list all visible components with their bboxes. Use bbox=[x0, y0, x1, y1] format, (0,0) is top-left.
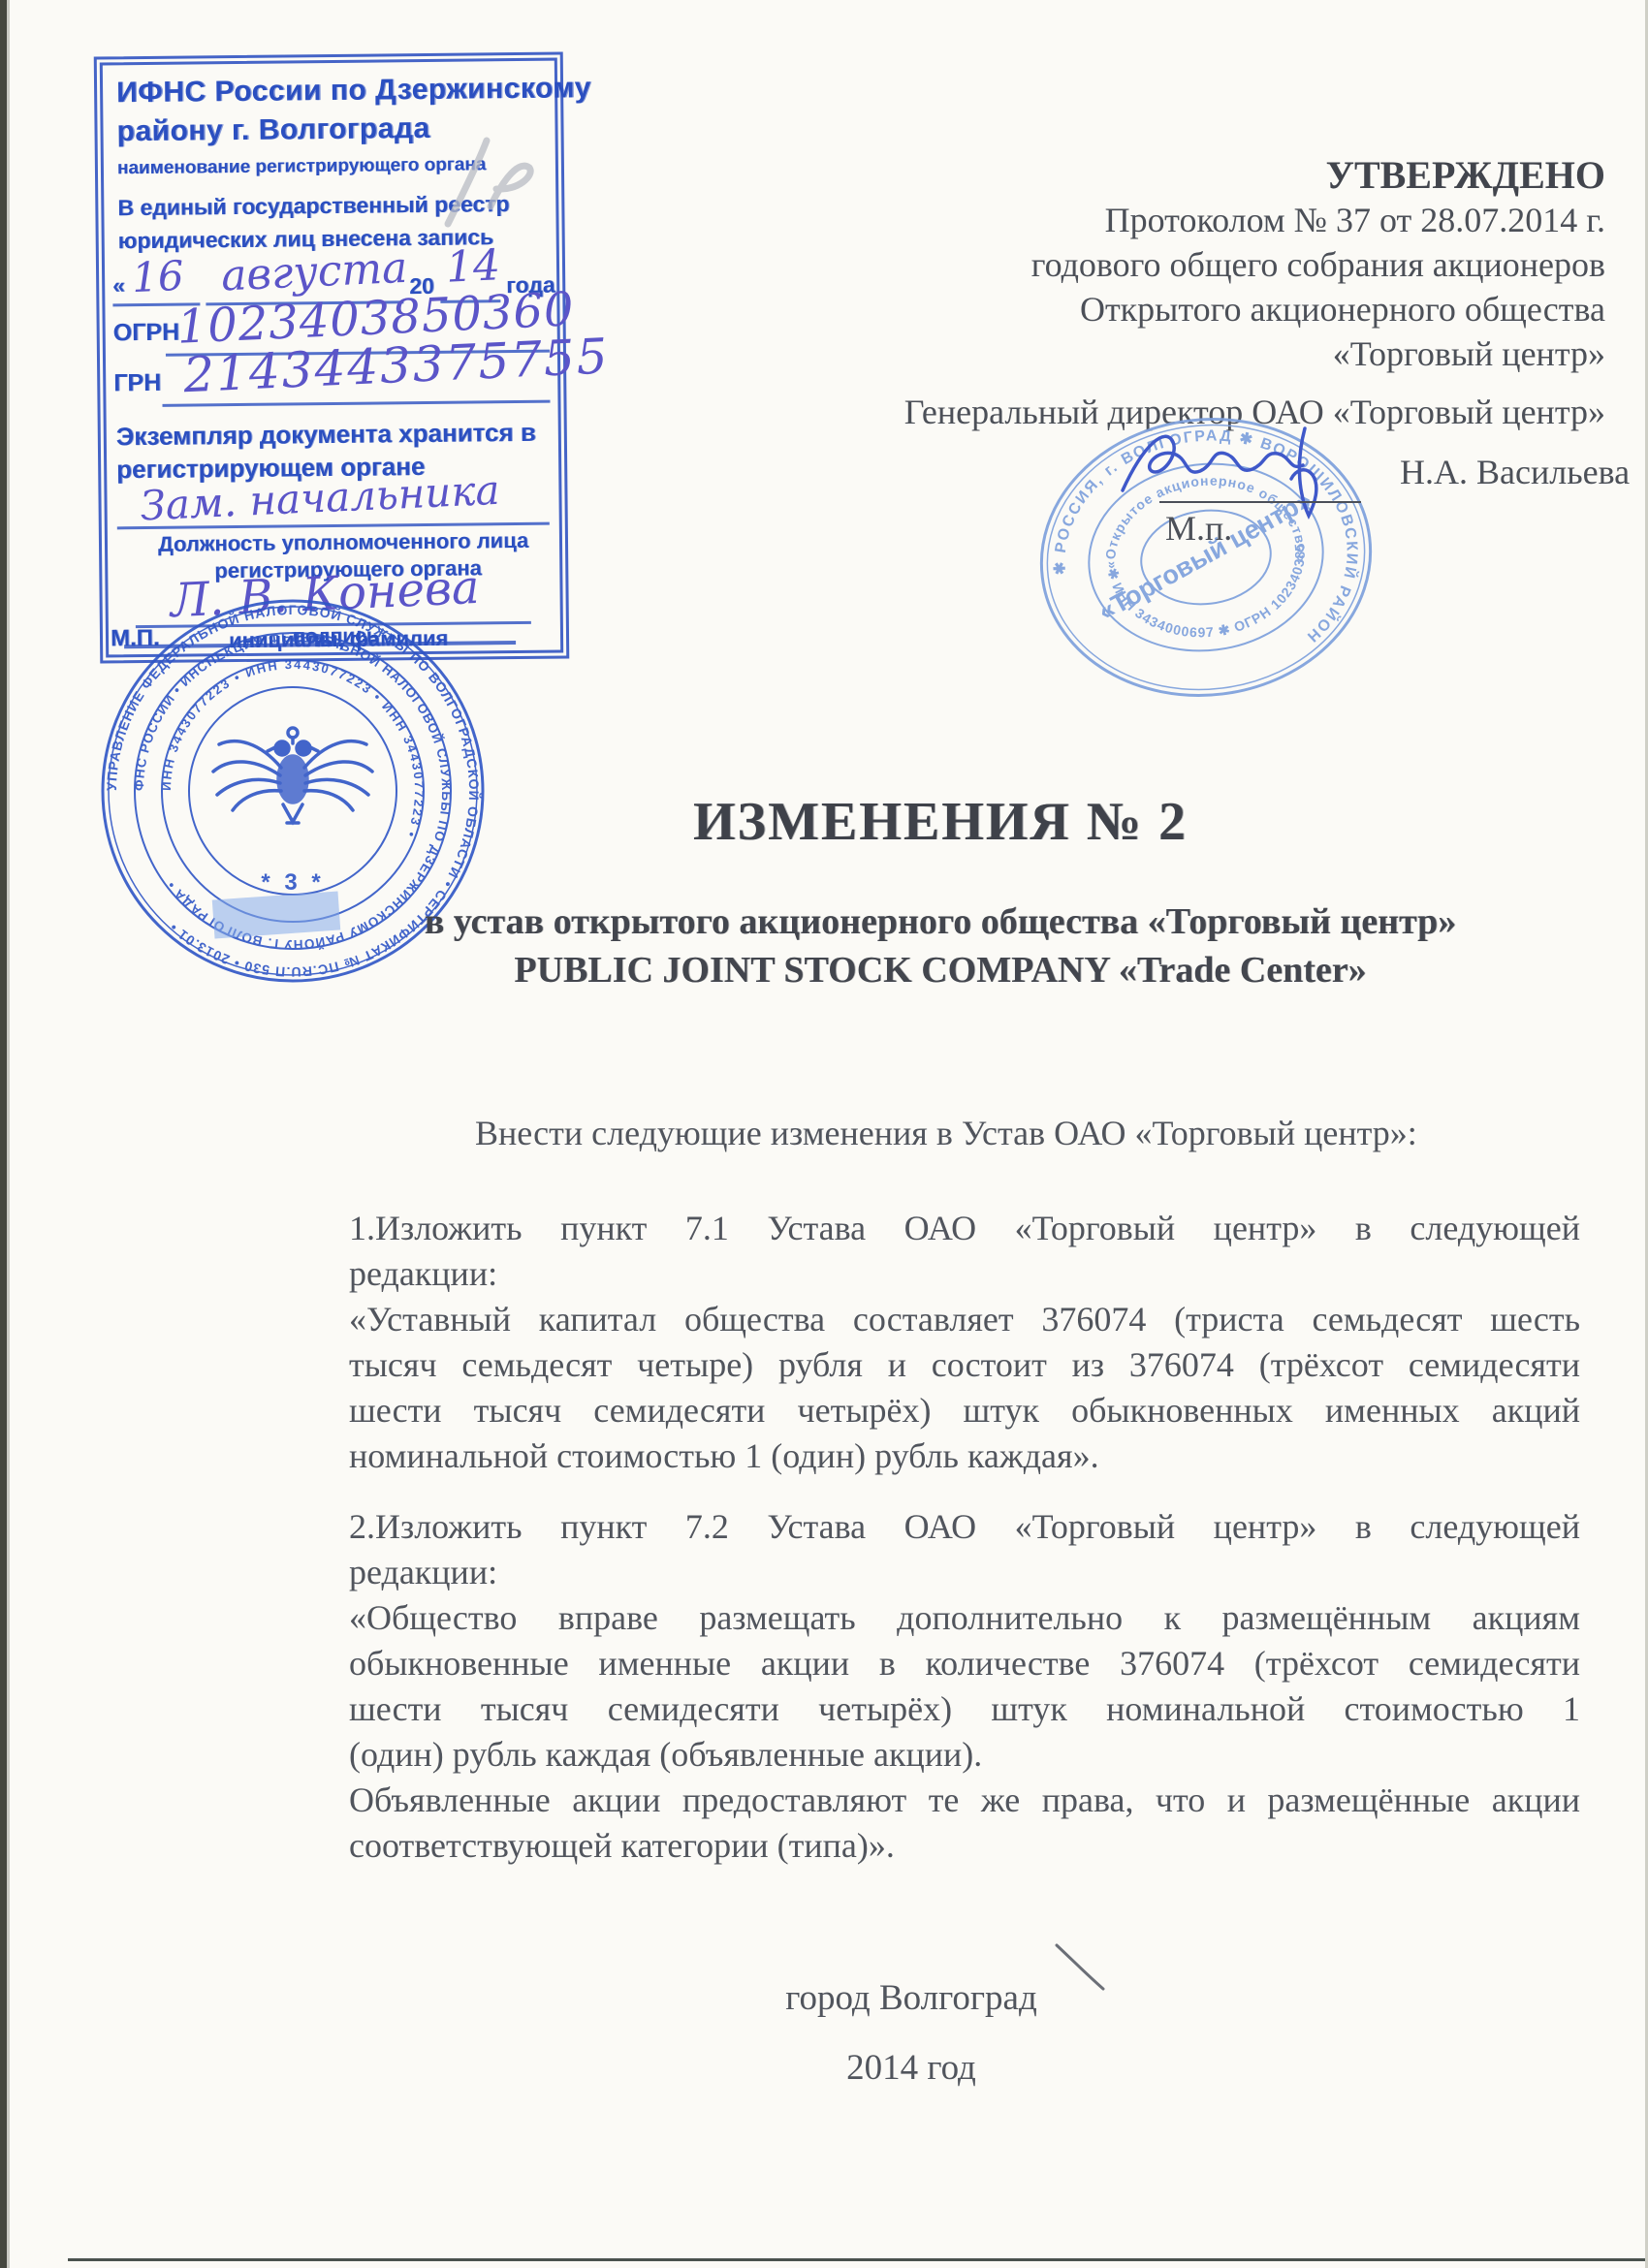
scan-edge-left-shadow bbox=[7, 0, 10, 2268]
intro-sentence: Внести следующие изменения в Устав ОАО «… bbox=[475, 1113, 1417, 1153]
director-signature bbox=[1115, 415, 1357, 531]
stamp-copy-line1: Экземпляр документа хранится в bbox=[116, 418, 536, 453]
date-year-handwritten: 14 bbox=[445, 240, 501, 292]
document-subtitle: в устав открытого акционерного общества … bbox=[291, 898, 1590, 994]
subtitle-russian: в устав открытого акционерного общества … bbox=[291, 898, 1590, 946]
footer-year: 2014 год bbox=[252, 2047, 1570, 2089]
paragraph-clause-7-2: 2.Изложить пункт 7.2 Устава ОАО «Торговы… bbox=[349, 1504, 1580, 1869]
stamp-org-line2: району г. Волгограда bbox=[116, 112, 429, 148]
date-open-quote: « bbox=[112, 272, 125, 299]
seal-place-note: М.п. bbox=[1165, 508, 1232, 549]
approval-line-company-type: Открытого акционерного общества bbox=[1031, 287, 1605, 331]
ogrn-label: ОГРН bbox=[113, 319, 180, 348]
subtitle-english: PUBLIC JOINT STOCK COMPANY «Trade Center… bbox=[291, 946, 1590, 994]
approval-line-meeting: годового общего собрания акционеров bbox=[1031, 242, 1605, 287]
scan-edge-left bbox=[0, 0, 7, 2268]
approval-line-company-name: «Торговый центр» bbox=[1031, 331, 1605, 376]
approval-block: УТВЕРЖДЕНО Протоколом № 37 от 28.07.2014… bbox=[1031, 153, 1605, 376]
approval-line-protocol: Протоколом № 37 от 28.07.2014 г. bbox=[1031, 198, 1605, 242]
footer-city: город Волгоград bbox=[252, 1977, 1570, 2019]
director-name: Н.А. Васильева bbox=[1400, 452, 1630, 492]
pencil-mark bbox=[434, 131, 551, 247]
scanned-document-page: ИФНС России по Дзержинскому району г. Во… bbox=[0, 0, 1648, 2268]
paragraph-clause-7-1: 1.Изложить пункт 7.1 Устава ОАО «Торговы… bbox=[349, 1206, 1580, 1479]
position-caption1: Должность уполномоченного лица bbox=[158, 528, 528, 557]
stamp-org-caption: наименование регистрирующего органа bbox=[117, 154, 487, 179]
signature-underline bbox=[1159, 501, 1361, 503]
fns-seal-number: * 3 * bbox=[261, 869, 324, 896]
stamp-org-line1: ИФНС России по Дзержинскому bbox=[116, 72, 591, 110]
scan-edge-bottom bbox=[68, 2258, 1648, 2261]
grn-label: ГРН bbox=[113, 369, 161, 398]
document-title: ИЗМЕНЕНИЯ № 2 bbox=[330, 791, 1551, 853]
date-day-handwritten: 16 bbox=[131, 252, 185, 301]
approval-heading: УТВЕРЖДЕНО bbox=[1031, 153, 1605, 198]
